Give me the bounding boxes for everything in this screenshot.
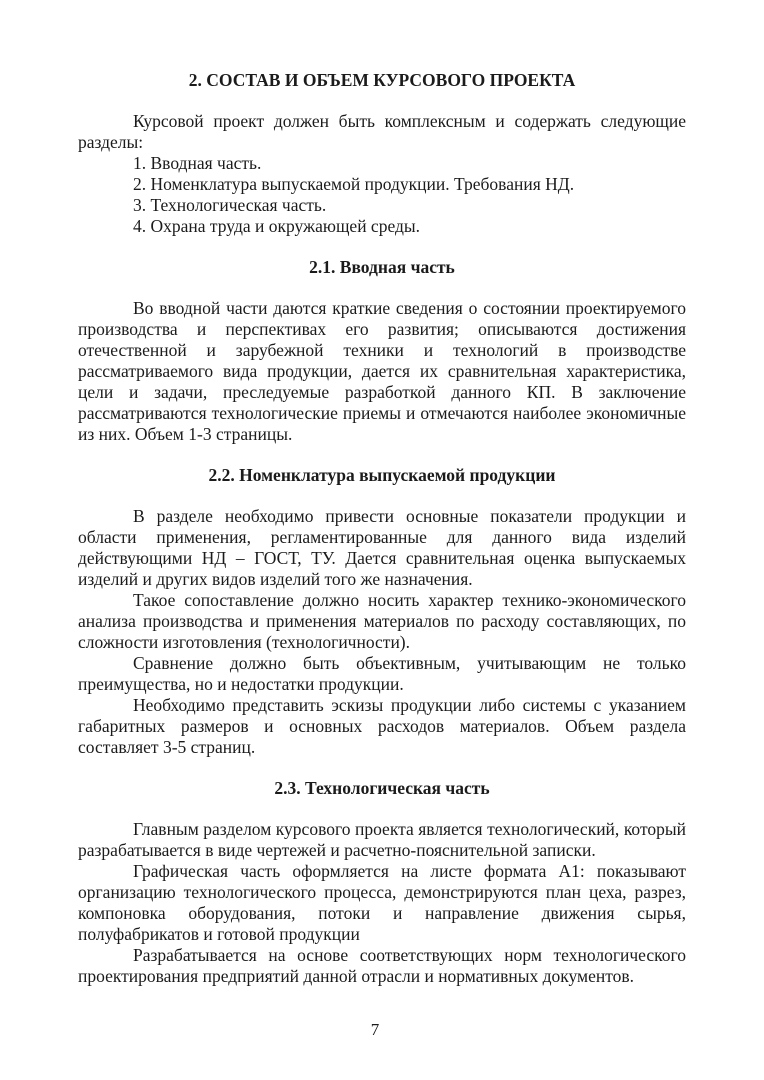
intro-paragraph: Курсовой проект должен быть комплексным …: [78, 111, 686, 153]
section-2-2-paragraph-1: В разделе необходимо привести основные п…: [78, 506, 686, 590]
list-item-1: 1. Вводная часть.: [78, 153, 686, 174]
section-2-3-paragraph-2: Графическая часть оформляется на листе ф…: [78, 861, 686, 945]
section-2-2-paragraph-2: Такое сопоставление должно носить характ…: [78, 590, 686, 653]
section-2-3-paragraph-1: Главным разделом курсового проекта являе…: [78, 819, 686, 861]
section-2-1-paragraph-1: Во вводной части даются краткие сведения…: [78, 298, 686, 445]
section-2-2-paragraph-3: Сравнение должно быть объективным, учиты…: [78, 653, 686, 695]
section-heading-2-3: 2.3. Технологическая часть: [78, 778, 686, 799]
document-title: 2. СОСТАВ И ОБЪЕМ КУРСОВОГО ПРОЕКТА: [78, 70, 686, 91]
section-heading-2-2: 2.2. Номенклатура выпускаемой продукции: [78, 465, 686, 486]
section-2-2-paragraph-4: Необходимо представить эскизы продукции …: [78, 695, 686, 758]
list-item-4: 4. Охрана труда и окружающей среды.: [78, 216, 686, 237]
list-item-3: 3. Технологическая часть.: [78, 195, 686, 216]
list-item-2: 2. Номенклатура выпускаемой продукции. Т…: [78, 174, 686, 195]
page-number: 7: [0, 1019, 750, 1040]
section-heading-2-1: 2.1. Вводная часть: [78, 257, 686, 278]
section-2-3-paragraph-3: Разрабатывается на основе соответствующи…: [78, 945, 686, 987]
document-page: 2. СОСТАВ И ОБЪЕМ КУРСОВОГО ПРОЕКТА Курс…: [0, 0, 764, 1080]
